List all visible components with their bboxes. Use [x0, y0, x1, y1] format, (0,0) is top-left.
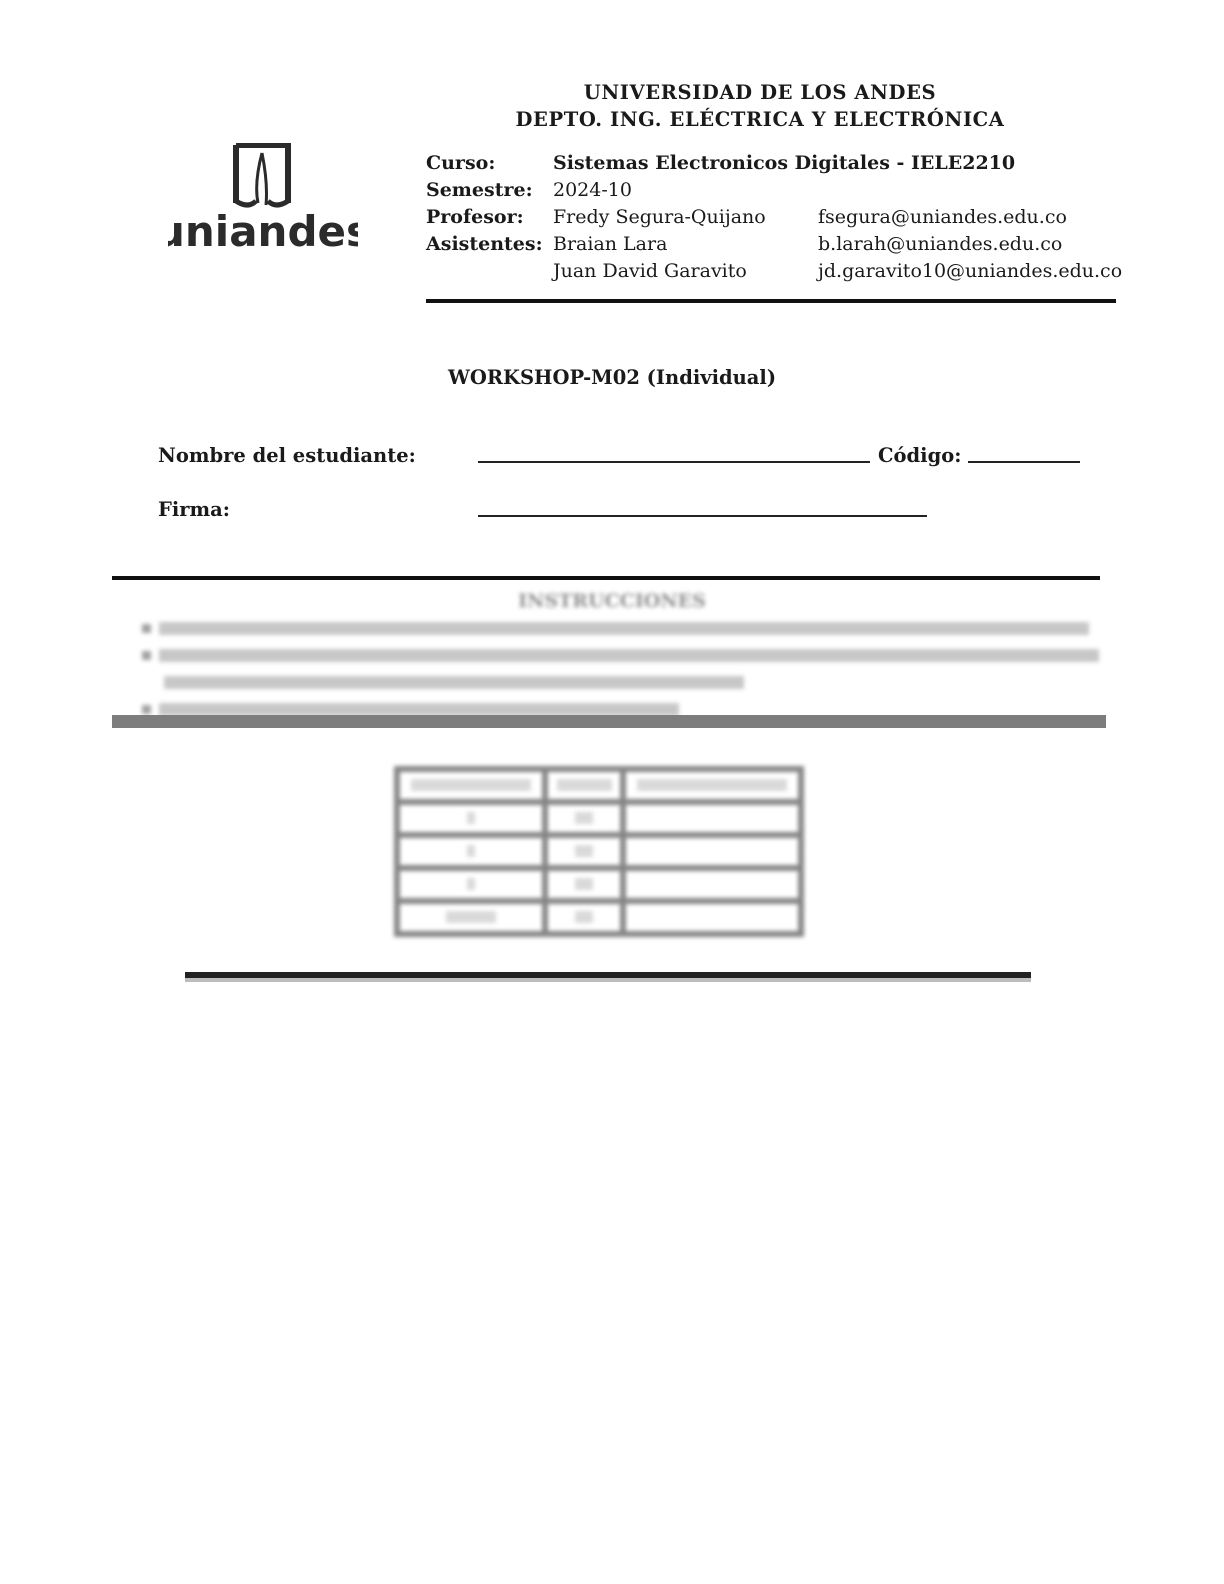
semester-value: 2024-10: [553, 177, 818, 204]
signature-line[interactable]: [478, 515, 927, 517]
svg-text:uniandes: uniandes: [168, 207, 358, 253]
uniandes-shield-icon: uniandes: [168, 143, 358, 253]
workshop-title: WORKSHOP-M02 (Individual): [0, 366, 1224, 389]
header-divider: [426, 299, 1116, 303]
signature-label: Firma:: [158, 498, 230, 521]
university-logo: uniandes: [168, 143, 358, 253]
assistants-label: Asistentes:: [426, 231, 553, 258]
student-name-line[interactable]: [478, 461, 870, 463]
professor-label: Profesor:: [426, 204, 553, 231]
instructions-list-obscured: [142, 615, 1107, 723]
course-info: Curso: Sistemas Electronicos Digitales -…: [426, 150, 1122, 285]
table-bottom-divider: [185, 972, 1031, 978]
instructions-title: INSTRUCCIONES: [0, 590, 1224, 612]
student-code-line[interactable]: [968, 461, 1080, 463]
professor-name: Fredy Segura-Quijano: [553, 204, 818, 231]
department-name: DEPTO. ING. ELÉCTRICA Y ELECTRÓNICA: [420, 106, 1100, 133]
assistant-email: jd.garavito10@uniandes.edu.co: [818, 258, 1122, 285]
assistant-email: b.larah@uniandes.edu.co: [818, 231, 1062, 258]
course-label: Curso:: [426, 150, 553, 177]
instructions-bottom-divider: [112, 715, 1106, 728]
student-name-label: Nombre del estudiante:: [158, 444, 416, 467]
semester-label: Semestre:: [426, 177, 553, 204]
instructions-top-divider: [112, 576, 1100, 580]
student-code-label: Código:: [878, 444, 961, 467]
score-table-obscured: [394, 766, 804, 937]
university-name: UNIVERSIDAD DE LOS ANDES: [420, 79, 1100, 106]
university-header: UNIVERSIDAD DE LOS ANDES DEPTO. ING. ELÉ…: [420, 79, 1100, 133]
assistant-name: Juan David Garavito: [553, 258, 818, 285]
assistant-name: Braian Lara: [553, 231, 818, 258]
course-value: Sistemas Electronicos Digitales - IELE22…: [553, 150, 1015, 177]
professor-email: fsegura@uniandes.edu.co: [818, 204, 1067, 231]
